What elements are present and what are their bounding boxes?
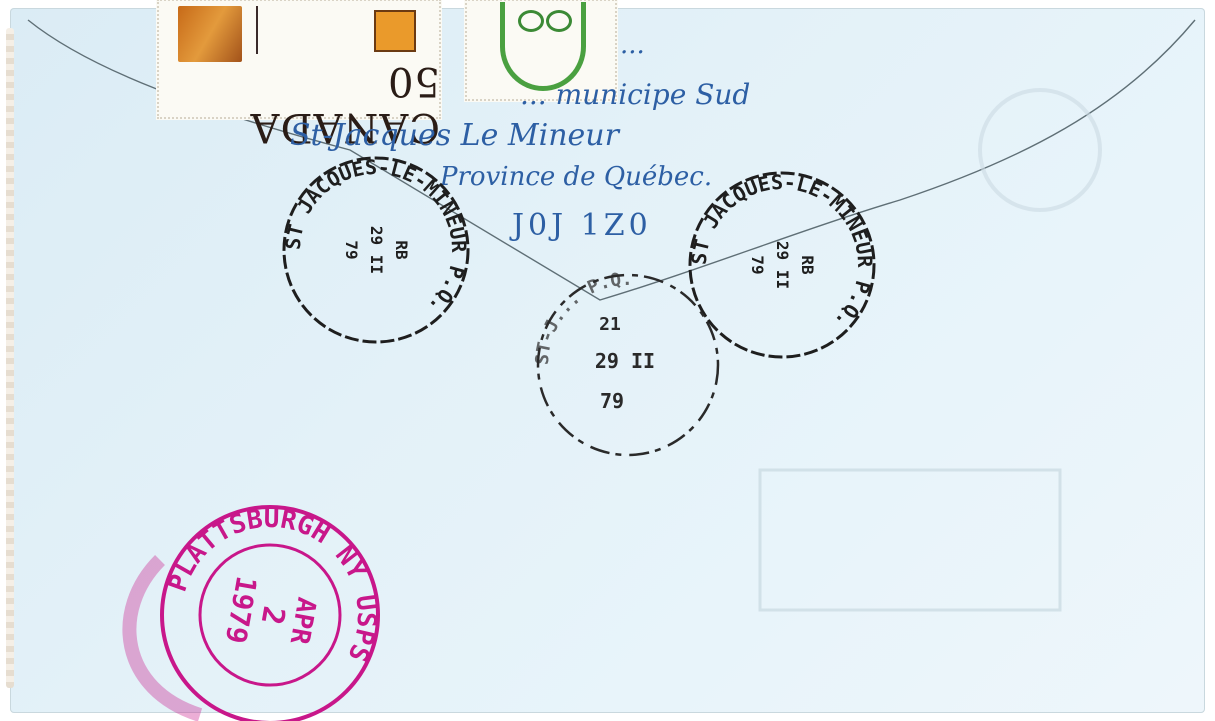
postmark-center: ST-J... P.Q. 21 29 II 79: [532, 269, 718, 455]
postmark-usps: PLATTSBURGH NY USPS APR 2 1979: [129, 504, 381, 721]
svg-text:79: 79: [748, 255, 767, 274]
svg-text:PLATTSBURGH NY USPS: PLATTSBURGH NY USPS: [163, 504, 382, 666]
postmark-right: ST JACQUES-LE-MINEUR P.Q. RB 29 II 79: [687, 170, 877, 357]
svg-text:RB: RB: [392, 240, 411, 260]
svg-text:79: 79: [342, 240, 361, 259]
svg-text:21: 21: [599, 314, 621, 335]
postmark-left: ST JACQUES-LE-MINEUR P.Q. RB 29 II 79: [281, 155, 471, 342]
svg-text:29 II: 29 II: [773, 241, 792, 289]
svg-text:29 II: 29 II: [367, 226, 386, 274]
svg-text:2: 2: [254, 604, 292, 628]
svg-text:29 II: 29 II: [595, 349, 655, 373]
svg-text:RB: RB: [798, 255, 817, 275]
svg-text:79: 79: [600, 389, 624, 413]
postmarks: ST JACQUES-LE-MINEUR P.Q. RB 29 II 79 ST…: [0, 0, 1215, 721]
svg-text:1979: 1979: [219, 574, 263, 646]
